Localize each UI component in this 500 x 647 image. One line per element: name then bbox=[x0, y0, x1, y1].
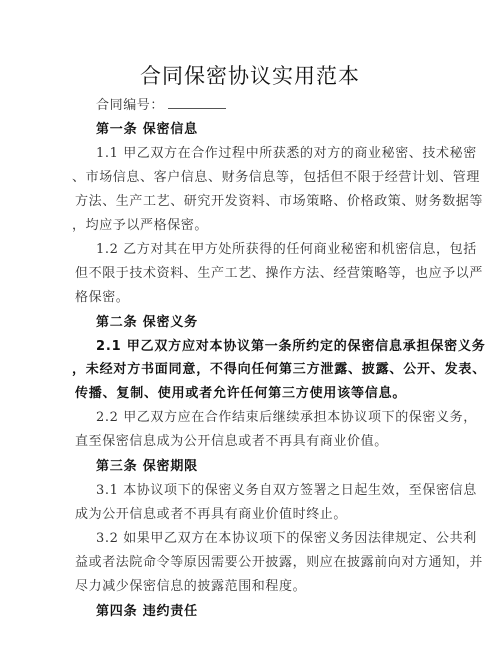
paragraph-line: 传播、复制、使用或者允许任何第三方使用该等信息。 bbox=[75, 382, 406, 401]
contract-number-field[interactable] bbox=[168, 98, 226, 109]
paragraph-line: 直至保密信息成为公开信息或者不再具有商业价值。 bbox=[75, 430, 388, 449]
paragraph-line: ，均应予以严格保密。 bbox=[72, 214, 208, 233]
paragraph-line: 成为公开信息或者不再具有商业价值时终止。 bbox=[75, 503, 347, 522]
paragraph-line: 2.1 甲乙双方应对本协议第一条所约定的保密信息承担保密义务 bbox=[96, 335, 486, 354]
contract-number-row: 合同编号： bbox=[96, 94, 226, 113]
contract-number-label: 合同编号： bbox=[96, 98, 164, 113]
section-1-heading: 第一条 保密信息 bbox=[96, 118, 198, 137]
paragraph-line: 、市场信息、客户信息、财务信息等，包括但不限于经营计划、管理 bbox=[72, 166, 480, 185]
document-page: 合同保密协议实用范本 合同编号： 第一条 保密信息 1.1 甲乙双方在合作过程中… bbox=[0, 0, 500, 647]
paragraph-line: 2.2 甲乙双方应在合作结束后继续承担本协议项下的保密义务， bbox=[96, 406, 477, 425]
section-3-heading: 第三条 保密期限 bbox=[96, 455, 198, 474]
paragraph-line: 1.1 甲乙双方在合作过程中所获悉的对方的商业秘密、技术秘密 bbox=[96, 142, 477, 161]
paragraph-line: 3.1 本协议项下的保密义务自双方签署之日起生效，至保密信息 bbox=[96, 479, 477, 498]
paragraph-line: 但不限于技术资料、生产工艺、操作方法、经营策略等，也应予以严 bbox=[75, 262, 483, 281]
paragraph-line: 尽力减少保密信息的披露范围和程度。 bbox=[75, 575, 306, 594]
paragraph-line: 方法、生产工艺、研究开发资料、市场策略、价格政策、财务数据等 bbox=[75, 190, 483, 209]
paragraph-line: 格保密。 bbox=[75, 286, 129, 305]
paragraph-line: 益或者法院命令等原因需要公开披露，则应在披露前向对方通知，并 bbox=[75, 551, 483, 570]
document-title: 合同保密协议实用范本 bbox=[0, 60, 500, 90]
section-4-heading: 第四条 违约责任 bbox=[96, 600, 198, 619]
paragraph-line: 1.2 乙方对其在甲方处所获得的任何商业秘密和机密信息，包括 bbox=[96, 238, 477, 257]
paragraph-line: ，未经对方书面同意，不得向任何第三方泄露、披露、公开、发表、 bbox=[72, 358, 486, 377]
paragraph-line: 3.2 如果甲乙双方在本协议项下的保密义务因法律规定、公共利 bbox=[96, 527, 477, 546]
section-2-heading: 第二条 保密义务 bbox=[96, 311, 198, 330]
